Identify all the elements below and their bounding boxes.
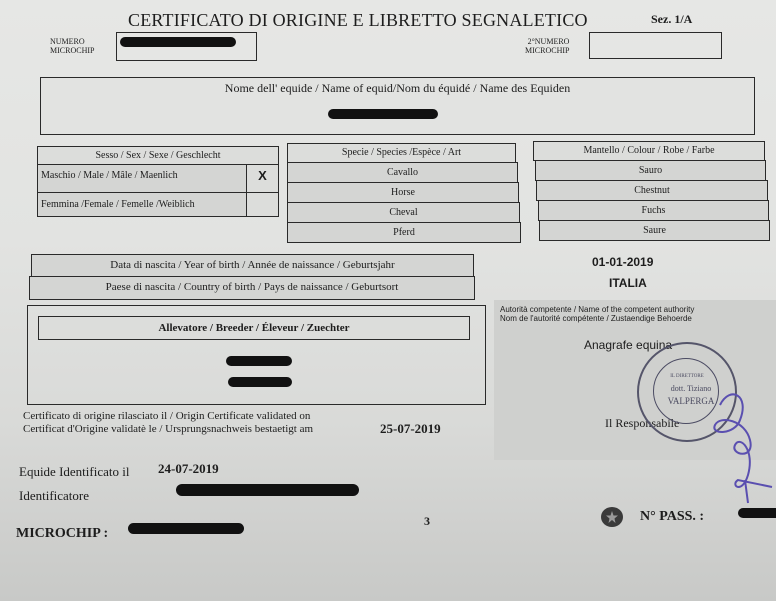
birth-country-value: ITALIA [609,276,647,290]
footer-microchip-label: MICROCHIP : [16,526,108,542]
breeder-box: Allevatore / Breeder / Éleveur / Zuechte… [27,305,486,405]
identification-label: Equide Identificato il [19,464,129,480]
document-title: CERTIFICATO DI ORIGINE E LIBRETTO SEGNAL… [128,10,588,31]
authority-label-line1: Autorità competente / Name of the compet… [500,305,694,314]
second-microchip-label-line2: MICROCHIP [525,46,569,55]
colour-value: Fuchs [538,200,769,221]
species-value: Cavallo [287,162,518,183]
breeder-label: Allevatore / Breeder / Éleveur / Zuechte… [38,316,470,340]
passport-label: N° PASS. : [640,509,704,525]
microchip-label-line1: NUMERO [50,37,94,46]
stamp-title: IL DIRETTORE [639,374,735,379]
sex-male-checkbox[interactable]: X [246,164,279,193]
equid-name-box: Nome dell' equide / Name of equid/Nom du… [40,77,755,135]
species-value: Cheval [287,202,520,223]
birth-country-label: Paese di nascita / Country of birth / Pa… [29,276,475,300]
sex-option-male: Maschio / Male / Mâle / Maenlich [37,164,247,193]
footer-microchip-redaction [128,523,244,534]
identifier-label: Identificatore [19,488,89,504]
equid-name-label: Nome dell' equide / Name of equid/Nom du… [41,81,754,96]
authority-label-line2: Nom de l'autorité compétente / Zustaendi… [500,314,694,323]
sex-female-checkbox[interactable] [246,192,279,217]
authority-label: Autorità competente / Name of the compet… [500,305,694,323]
birth-date-label: Data di nascita / Year of birth / Année … [31,254,474,277]
validation-label-line2: Certificat d'Origine validatè le / Urspr… [23,423,313,436]
identifier-redaction [176,484,359,496]
breeder-redaction-line1 [226,356,292,366]
breeder-redaction-line2 [228,377,292,387]
colour-value: Saure [539,220,770,241]
colour-header: Mantello / Colour / Robe / Farbe [533,141,765,161]
species-value: Pferd [287,222,521,243]
validation-label-line1: Certificato di origine rilasciato il / O… [23,410,313,423]
species-header: Specie / Species /Espèce / Art [287,143,516,163]
microchip-label: NUMERO MICROCHIP [50,37,94,55]
signature [700,385,776,505]
colour-value: Sauro [535,160,766,181]
second-microchip-label-line1: 2°NUMERO [525,37,569,46]
identification-date: 24-07-2019 [158,461,219,477]
sex-header: Sesso / Sex / Sexe / Geschlecht [37,146,279,165]
microchip-label-line2: MICROCHIP [50,46,94,55]
colour-value: Chestnut [536,180,768,201]
passport-redaction [738,508,776,518]
italian-emblem-icon [600,506,624,528]
validation-date: 25-07-2019 [380,421,441,437]
sex-option-female: Femmina /Female / Femelle /Weiblich [37,192,247,217]
birth-date-value: 01-01-2019 [592,255,653,269]
equid-name-redaction [328,109,438,119]
section-label: Sez. 1/A [651,12,692,27]
microchip-redaction [120,37,236,47]
second-microchip-label: 2°NUMERO MICROCHIP [525,37,569,55]
page-number: 3 [424,514,430,529]
microchip-field [116,32,257,61]
validation-label: Certificato di origine rilasciato il / O… [23,410,313,436]
species-value: Horse [287,182,519,203]
second-microchip-field [589,32,722,59]
